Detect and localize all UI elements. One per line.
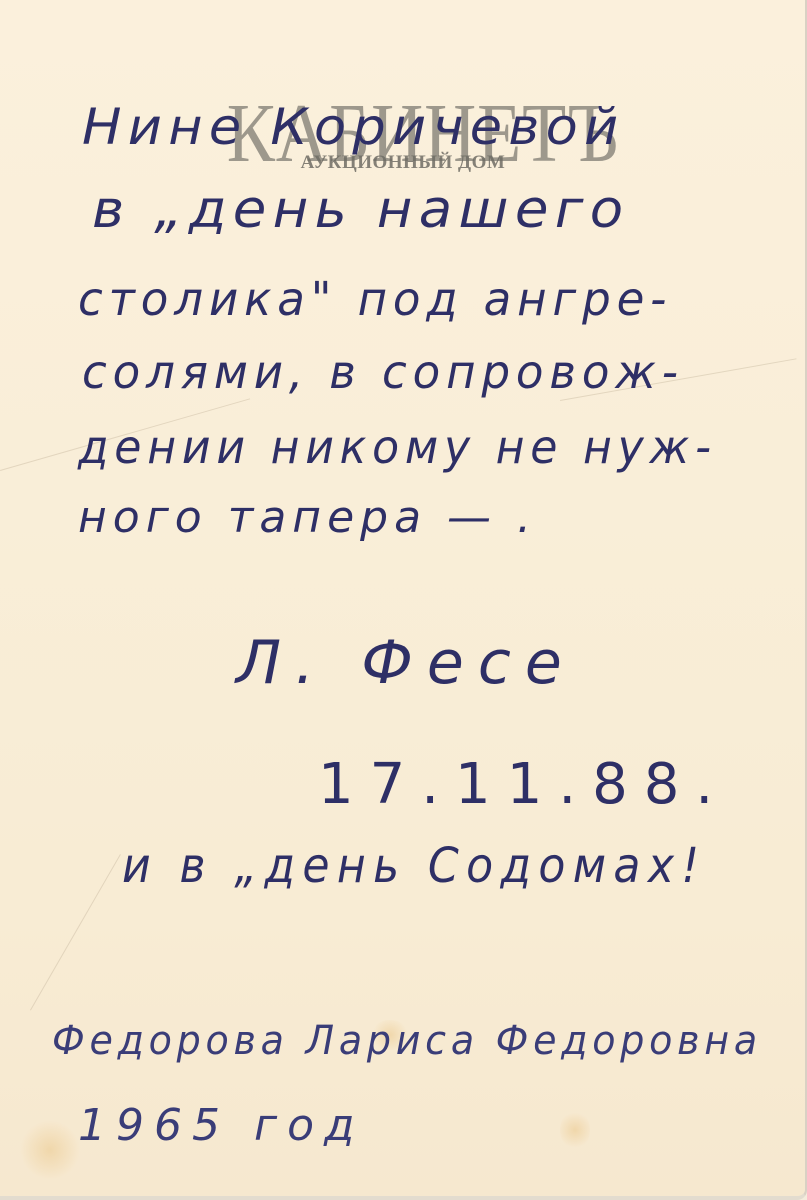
owner-year: 1965 год [78, 1100, 364, 1151]
paper-crease [30, 854, 121, 1010]
paper-stain [560, 1110, 590, 1150]
inscription-line-2: в „день нашего [92, 180, 629, 240]
inscription-line-3: столика" под ангре- [78, 272, 672, 326]
dedication-date: 17.11.88. [318, 752, 729, 817]
inscription-line-4: солями, в сопровож- [82, 345, 684, 399]
inscription-line-6: ного тапера — . [78, 492, 537, 543]
signature: Л. Фесе [236, 628, 576, 698]
owner-name: Федорова Лариса Федоровна [52, 1018, 762, 1064]
inscription-line-9: и в „день Содомах! [122, 838, 706, 894]
inscription-line-5: дении никому не нуж- [78, 420, 717, 474]
paper-stain [20, 1120, 80, 1180]
inscription-line-1: Нине Коричевой [82, 98, 624, 156]
